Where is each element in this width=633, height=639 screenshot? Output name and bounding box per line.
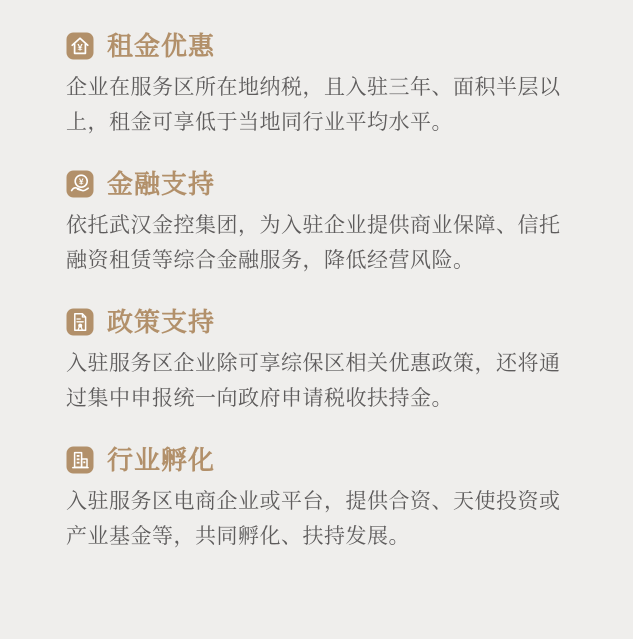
- benefit-description: 入驻服务区电商企业或平台，提供合资、天使投资或 产业基金等，共同孵化、扶持发展。: [66, 484, 606, 554]
- benefit-description: 企业在服务区所在地纳税，且入驻三年、面积半层以 上，租金可享低于当地同行业平均水…: [66, 70, 606, 140]
- house-yuan-icon: ¥: [66, 32, 94, 60]
- benefit-title: 租金优惠: [107, 32, 215, 60]
- benefit-section-incubation: 行业孵化 入驻服务区电商企业或平台，提供合资、天使投资或 产业基金等，共同孵化、…: [66, 446, 593, 554]
- svg-text:¥: ¥: [79, 177, 84, 187]
- policy-document-icon: [66, 308, 94, 336]
- benefit-title: 行业孵化: [107, 446, 215, 474]
- buildings-icon: [66, 446, 94, 474]
- benefit-title: 金融支持: [107, 170, 215, 198]
- benefits-panel: ¥ 租金优惠 企业在服务区所在地纳税，且入驻三年、面积半层以 上，租金可享低于当…: [0, 0, 633, 639]
- benefit-section-finance: ¥ 金融支持 依托武汉金控集团，为入驻企业提供商业保障、信托 融资租赁等综合金融…: [66, 170, 593, 278]
- benefit-header: ¥ 租金优惠: [66, 32, 593, 60]
- benefit-section-rent: ¥ 租金优惠 企业在服务区所在地纳税，且入驻三年、面积半层以 上，租金可享低于当…: [66, 32, 593, 140]
- benefit-title: 政策支持: [107, 308, 215, 336]
- svg-text:¥: ¥: [77, 43, 83, 54]
- benefit-header: 政策支持: [66, 308, 593, 336]
- hand-coin-icon: ¥: [66, 170, 94, 198]
- benefit-description: 依托武汉金控集团，为入驻企业提供商业保障、信托 融资租赁等综合金融服务，降低经营…: [66, 208, 606, 278]
- benefit-header: ¥ 金融支持: [66, 170, 593, 198]
- benefit-header: 行业孵化: [66, 446, 593, 474]
- benefit-description: 入驻服务区企业除可享综保区相关优惠政策，还将通 过集中申报统一向政府申请税收扶持…: [66, 346, 606, 416]
- benefit-section-policy: 政策支持 入驻服务区企业除可享综保区相关优惠政策，还将通 过集中申报统一向政府申…: [66, 308, 593, 416]
